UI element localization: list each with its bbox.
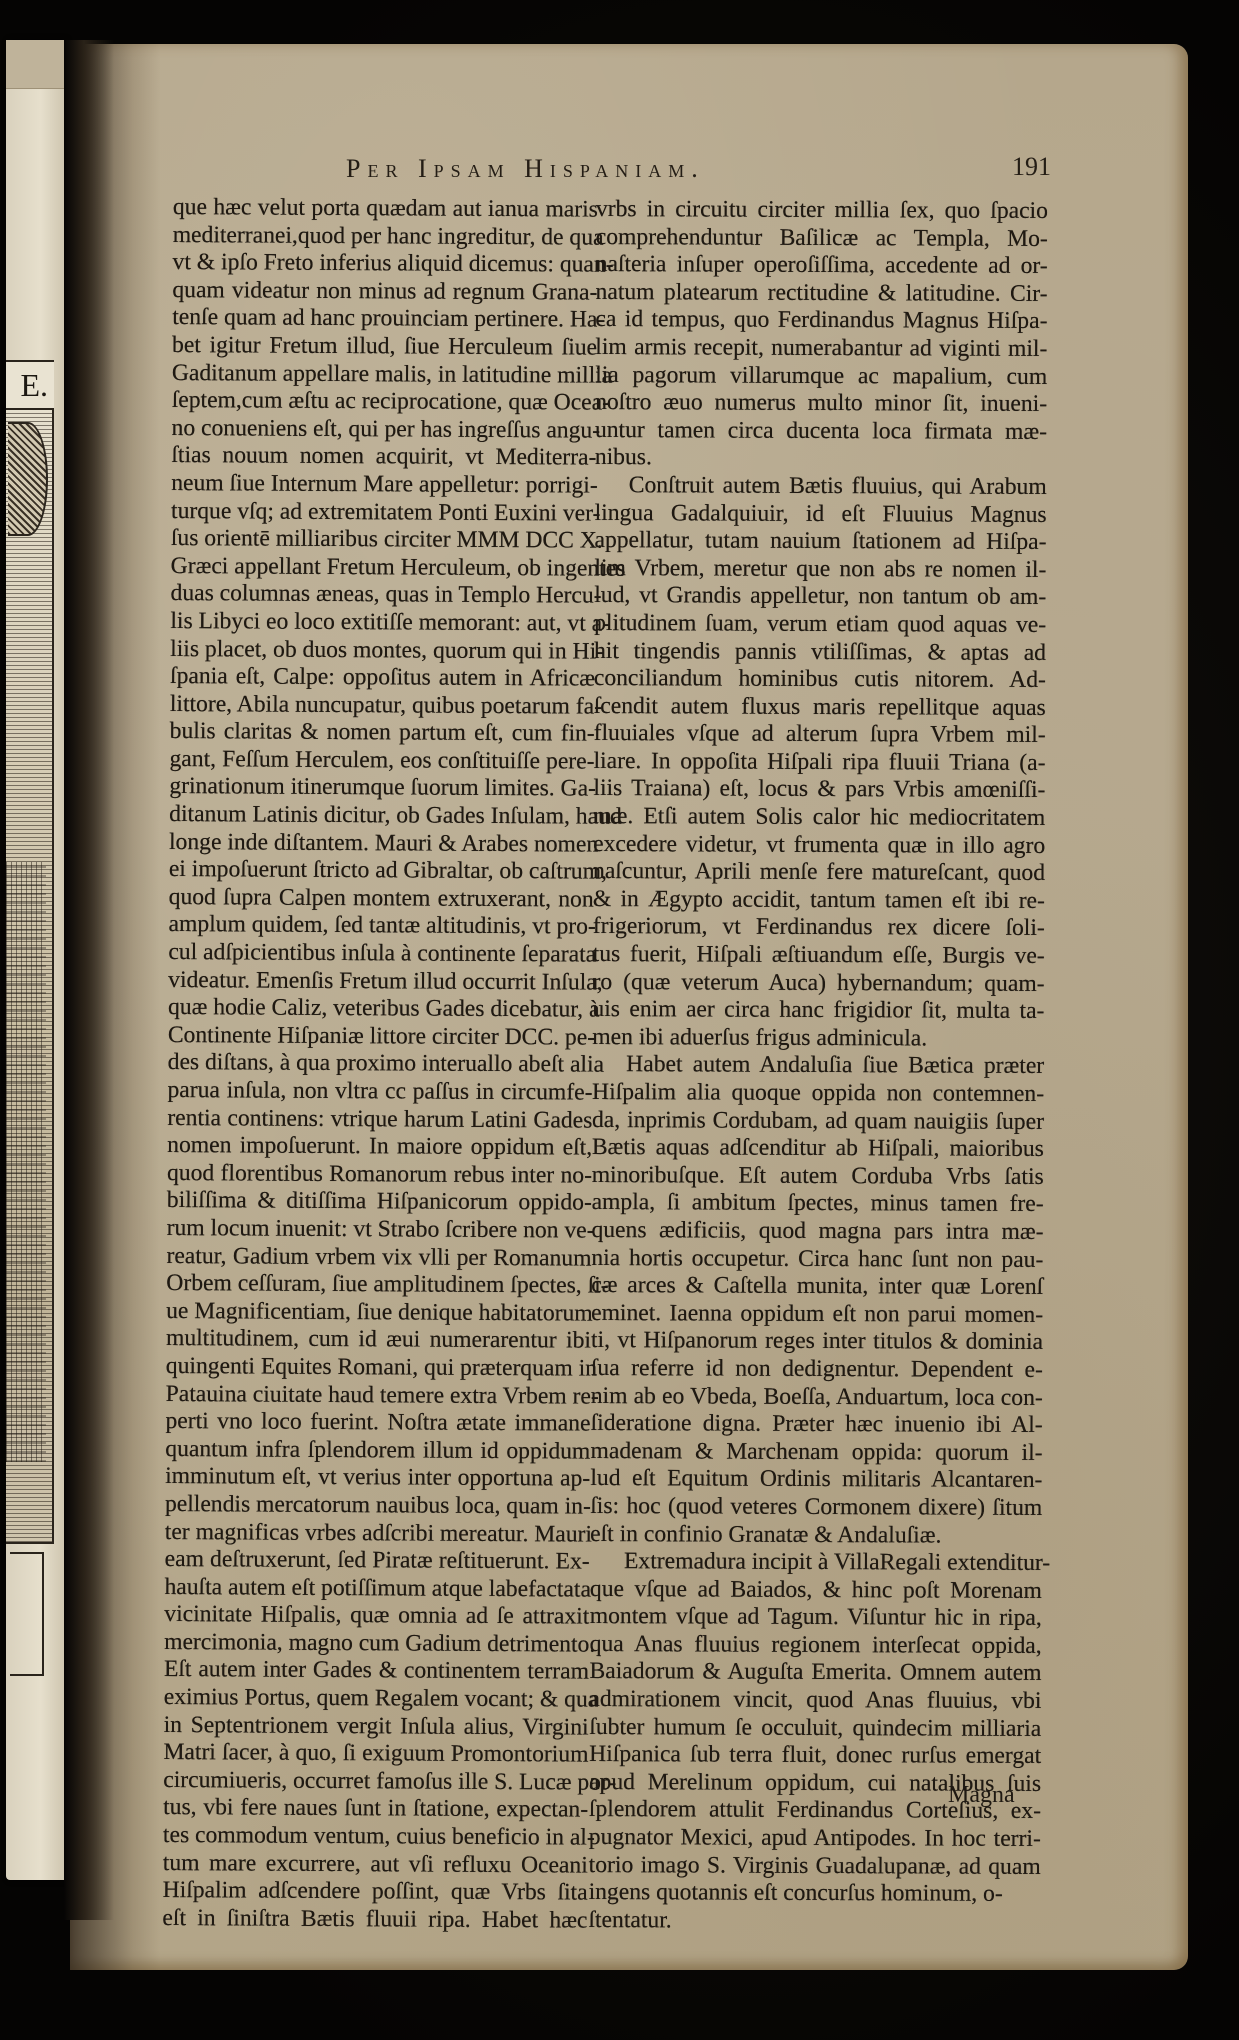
text-line: tum mare excurrere, aut vſi refluxu Ocea… (163, 1850, 588, 1880)
text-line: eſt in confinio Granatæ & Andaluſiæ. (590, 1520, 1042, 1550)
text-line: tus, vbi fere naues ſunt in ſtatione, ex… (163, 1794, 588, 1824)
text-line: excedere videtur, vt frumenta quæ in ill… (593, 831, 1045, 861)
text-line: des diſtans, à qua proximo interuallo ab… (168, 1049, 593, 1079)
text-line: Hiſpalim alia quoque oppida non contemne… (592, 1079, 1044, 1109)
text-line: nim ab eo Vbeda, Boeſſa, Anduartum, loca… (591, 1383, 1043, 1413)
text-line: Patauina ciuitate haud temere extra Vrbe… (166, 1381, 591, 1411)
text-line: lud eſt Equitum Ordinis militaris Alcant… (590, 1465, 1042, 1495)
text-line: pellendis mercatorum nauibus loca, quam … (165, 1491, 590, 1521)
engraving-title-fragment: E. (6, 362, 54, 410)
text-line: no conueniens eſt, qui per has ingreſſus… (171, 415, 596, 445)
text-line: ingens quotannis eſt concurſus hominum, … (589, 1879, 1041, 1909)
text-line: que vſque ad Baiados, & hinc poſt Morena… (590, 1576, 1042, 1606)
text-line: eſt in ſiniſtra Bætis fluuii ripa. Habet… (162, 1905, 587, 1935)
text-line: quæ hodie Caliz, veteribus Gades dicebat… (168, 994, 593, 1024)
text-line: plitudinem ſuam, verum etiam quod aquas … (594, 610, 1046, 640)
coat-of-arms-emblem (8, 422, 48, 536)
text-line: ditanum Latinis dicitur, ob Gades Inſula… (169, 801, 594, 831)
city-view-engraving (6, 862, 46, 1462)
text-line: admirationem vincit, quod Anas fluuius, … (589, 1686, 1041, 1716)
text-line: neum ſiue Internum Mare appelletur: porr… (171, 470, 596, 500)
text-line: tus fuerit, Hiſpali æſtiuandum eſſe, Bur… (593, 941, 1045, 971)
text-line: appellatur, tutam nauium ſtationem ad Hi… (594, 527, 1046, 557)
text-line: natum platearum rectitudine & latitudine… (596, 279, 1048, 309)
text-line: eminet. Iaenna oppidum eſt non parui mom… (591, 1300, 1043, 1330)
text-line: parua inſula, non vltra cc paſſus in cir… (167, 1077, 592, 1107)
text-line: ei impoſuerunt ſtricto ad Gibraltar, ob … (169, 856, 594, 886)
page-number: 191 (1012, 152, 1051, 182)
previous-page-edge: E. (6, 40, 64, 1880)
text-line: lis Libyci eo loco extitiſſe memorant: a… (170, 608, 595, 638)
text-line: quam videatur non minus ad regnum Grana- (172, 277, 597, 307)
text-line: hit tingendis pannis vtiliſſimas, & apta… (594, 637, 1046, 667)
book-page: Per Ipsam Hispaniam. 191 que hæc velut p… (70, 44, 1188, 1970)
text-line: liis Traiana) eſt, locus & pars Vrbis am… (593, 775, 1045, 805)
text-line: circumiueris, occurret famoſus ille S. L… (163, 1767, 588, 1797)
text-line: in Septentrionem vergit Inſula alius, Vi… (164, 1712, 589, 1742)
engraving-lower-cartouche (10, 1552, 44, 1676)
text-line: mediterranei,quod per hanc ingreditur, d… (173, 222, 598, 252)
text-line: quingenti Equites Romani, qui præterquam… (166, 1353, 591, 1383)
text-line: littore, Abila nuncupatur, quibus poetar… (170, 691, 595, 721)
text-line: montem vſque ad Tagum. Viſuntur hic in r… (590, 1603, 1042, 1633)
text-line: vrbs in circuitu circiter millia ſex, qu… (596, 196, 1048, 226)
text-line: ſubter humum ſe occuluit, quindecim mill… (589, 1714, 1041, 1744)
text-line: men ibi aduerſus frigus adminicula. (592, 1024, 1044, 1054)
text-line: ſpania eſt, Calpe: oppoſitus autem in Af… (170, 663, 595, 693)
text-line: perti vno loco fuerint. Noſtra ætate imm… (165, 1408, 590, 1438)
text-line: conciliandum hominibus cutis nitorem. Ad… (594, 665, 1046, 695)
text-line: Habet autem Andaluſia ſiue Bætica præter (592, 1051, 1044, 1081)
text-line: Baiadorum & Auguſta Emerita. Omnem autem (589, 1658, 1041, 1688)
text-line: imminutum eſt, vt verius inter opportuna… (165, 1463, 590, 1493)
text-line: naſcuntur, Aprili menſe fere matureſcant… (593, 858, 1045, 888)
text-line: liare. In oppoſita Hiſpali ripa fluuii T… (593, 748, 1045, 778)
text-line: da, inprimis Cordubam, ad quam nauigiis … (592, 1107, 1044, 1137)
text-line: amplum quidem, ſed tantæ altitudinis, vt… (168, 911, 593, 941)
text-line: ſus orientē milliaribus circiter MMM DCC… (171, 525, 596, 555)
text-line: madenam & Marchenam oppida: quorum il- (590, 1438, 1042, 1468)
text-line: rentia continens: vtrique harum Latini G… (167, 1105, 592, 1135)
text-line: multitudinem, cum id æui numerarentur ib… (166, 1325, 591, 1355)
text-line: ſideratione digna. Præter hæc inuenio ib… (591, 1410, 1043, 1440)
text-line: nibus. (595, 444, 1047, 474)
text-line: Continente Hiſpaniæ littore circiter DCC… (168, 1022, 593, 1052)
text-line: fluuiales vſque ad alterum ſupra Vrbem m… (594, 720, 1046, 750)
text-line: Hiſpalim adſcendere poſſint, quæ Vrbs ſi… (163, 1877, 588, 1907)
book-gutter-shadow (64, 40, 114, 1920)
text-line: longe inde diſtantem. Mauri & Arabes nom… (169, 829, 594, 859)
text-line: minoribuſque. Eſt autem Corduba Vrbs ſat… (592, 1162, 1044, 1192)
text-line: uis enim aer circa hanc frigidior ſit, m… (592, 996, 1044, 1026)
text-line: mercimonia, magno cum Gadium detrimento. (164, 1629, 589, 1659)
engraving-fragment: E. (6, 360, 54, 1544)
text-line: Orbem ceſſuram, ſiue amplitudinem ſpecte… (166, 1270, 591, 1300)
text-line: vicinitate Hiſpalis, quæ omnia ad ſe att… (164, 1601, 589, 1631)
text-line: eximius Portus, quem Regalem vocant; & q… (164, 1684, 589, 1714)
text-line: Hiſpanica ſub terra fluit, donec rurſus … (589, 1741, 1041, 1771)
text-line: gant, Feſſum Herculem, eos conſtituiſſe … (169, 746, 594, 776)
text-line: torio imago S. Virginis Guadalupanæ, ad … (589, 1852, 1041, 1882)
text-line: nia hortis occupetur. Circa hanc ſunt no… (591, 1245, 1043, 1275)
text-line: ſua referre id non dedignentur. Dependen… (591, 1355, 1043, 1385)
text-line: Bætis aquas adſcenditur ab Hiſpali, maio… (592, 1134, 1044, 1164)
text-line: quod florentibus Romanorum rebus inter n… (167, 1160, 592, 1190)
text-line: hauſta autem eſt potiſſimum atque labefa… (164, 1574, 589, 1604)
text-line: ſcendit autem fluxus maris repellitque a… (594, 693, 1046, 723)
text-line: reatur, Gadium vrbem vix vlli per Romanu… (166, 1243, 591, 1273)
text-line: quens ædificiis, quod magna pars intra m… (591, 1217, 1043, 1247)
text-line: liis placet, ob duos montes, quorum qui … (170, 635, 595, 665)
text-line: eam deſtruxerunt, ſed Piratæ reſtituerun… (165, 1546, 590, 1576)
text-line: bet igitur Fretum illud, ſiue Herculeum … (172, 332, 597, 362)
text-line: noſtro æuo numerus multo minor ſit, inue… (595, 389, 1047, 419)
text-line: quantum infra ſplendorem illum id oppidu… (165, 1436, 590, 1466)
text-line: que hæc velut porta quædam aut ianua mar… (173, 194, 598, 224)
text-line: tes commodum ventum, cuius beneficio in … (163, 1822, 588, 1852)
text-line: duas columnas æneas, quas in Templo Herc… (170, 580, 595, 610)
text-line: mæ. Etſi autem Solis calor hic mediocrit… (593, 803, 1045, 833)
text-line: lingua Gadalquiuir, id eſt Fluuius Magnu… (595, 500, 1047, 530)
text-line: vt & ipſo Freto inferius aliquid dicemus… (172, 249, 597, 279)
right-text-column: vrbs in circuitu circiter millia ſex, qu… (588, 196, 1048, 1936)
text-line: qua Anas fluuius regionem interſecat opp… (590, 1631, 1042, 1661)
text-line: ſtentatur. (588, 1907, 1040, 1937)
text-line: & in Ægypto accidit, tantum tamen eſt ib… (593, 886, 1045, 916)
text-line: lim Vrbem, meretur que non abs re nomen … (594, 555, 1046, 585)
text-line: ampla, ſi ambitum ſpectes, minus tamen f… (592, 1189, 1044, 1219)
text-line: Matri ſacer, à quo, ſi exiguum Promontor… (163, 1739, 588, 1769)
text-line: Græci appellant Fretum Herculeum, ob ing… (171, 553, 596, 583)
catchword: Magna (948, 1782, 1015, 1809)
text-line: lud, vt Grandis appelletur, non tantum o… (594, 582, 1046, 612)
text-line: lim armis recepit, numerabantur ad vigin… (595, 334, 1047, 364)
running-head: Per Ipsam Hispaniam. (346, 154, 705, 184)
page-stack-edge (6, 40, 64, 89)
text-line: cul adſpicientibus inſula à continente ſ… (168, 939, 593, 969)
text-line: lia pagorum villarumque ac mapalium, cum (595, 362, 1047, 392)
text-line: pugnator Mexici, apud Antipodes. In hoc … (589, 1824, 1041, 1854)
text-line: quod ſupra Calpen montem extruxerant, no… (169, 884, 594, 914)
text-line: turque vſq; ad extremitatem Ponti Euxini… (171, 498, 596, 528)
text-line: cæ arces & Caſtella munita, inter quæ Lo… (591, 1272, 1043, 1302)
text-line: ſis: hoc (quod veteres Cormonem dixere) … (590, 1493, 1042, 1523)
text-line: ro (quæ veterum Auca) hybernandum; quam- (593, 969, 1045, 999)
text-line: biliſſima & ditiſſima Hiſpanicorum oppid… (167, 1187, 592, 1217)
text-line: bulis claritas & nomen partum eſt, cum f… (170, 718, 595, 748)
text-line: ue Magnificentiam, ſiue denique habitato… (166, 1298, 591, 1328)
text-line: rum locum inuenit: vt Strabo ſcribere no… (167, 1215, 592, 1245)
text-line: tenſe quam ad hanc prouinciam pertinere.… (172, 304, 597, 334)
text-line: videatur. Emenſis Fretum illud occurrit … (168, 967, 593, 997)
text-line: Extremadura incipit à VillaRegali extend… (590, 1548, 1042, 1578)
text-line: ca id tempus, quo Ferdinandus Magnus Hiſ… (595, 306, 1047, 336)
book-photograph: E. Per Ipsam Hispaniam. 191 que hæc velu… (0, 0, 1239, 2040)
text-line: ter magnificas vrbes adſcribi mereatur. … (165, 1518, 590, 1548)
text-line: naſteria inſuper operoſiſſima, accedente… (596, 251, 1048, 281)
text-line: ſtias nouum nomen acquirit, vt Mediterra… (171, 442, 596, 472)
text-line: grinationum itinerumque ſuorum limites. … (169, 773, 594, 803)
text-line: ti, vt Hiſpanorum reges inter titulos & … (591, 1327, 1043, 1357)
left-text-column: que hæc velut porta quædam aut ianua mar… (162, 194, 598, 1935)
text-line: ſeptem,cum æſtu ac reciprocatione, quæ O… (172, 387, 597, 417)
text-line: Eſt autem inter Gades & continentem terr… (164, 1656, 589, 1686)
text-line: comprehenduntur Baſilicæ ac Templa, Mo- (596, 224, 1048, 254)
text-line: Gaditanum appellare malis, in latitudine… (172, 360, 597, 390)
text-line: Conſtruit autem Bætis fluuius, qui Arabu… (595, 472, 1047, 502)
text-line: nomen impoſuerunt. In maiore oppidum eſt… (167, 1132, 592, 1162)
text-line: untur tamen circa ducenta loca firmata m… (595, 417, 1047, 447)
text-line: frigeriorum, vt Ferdinandus rex dicere ſ… (593, 913, 1045, 943)
